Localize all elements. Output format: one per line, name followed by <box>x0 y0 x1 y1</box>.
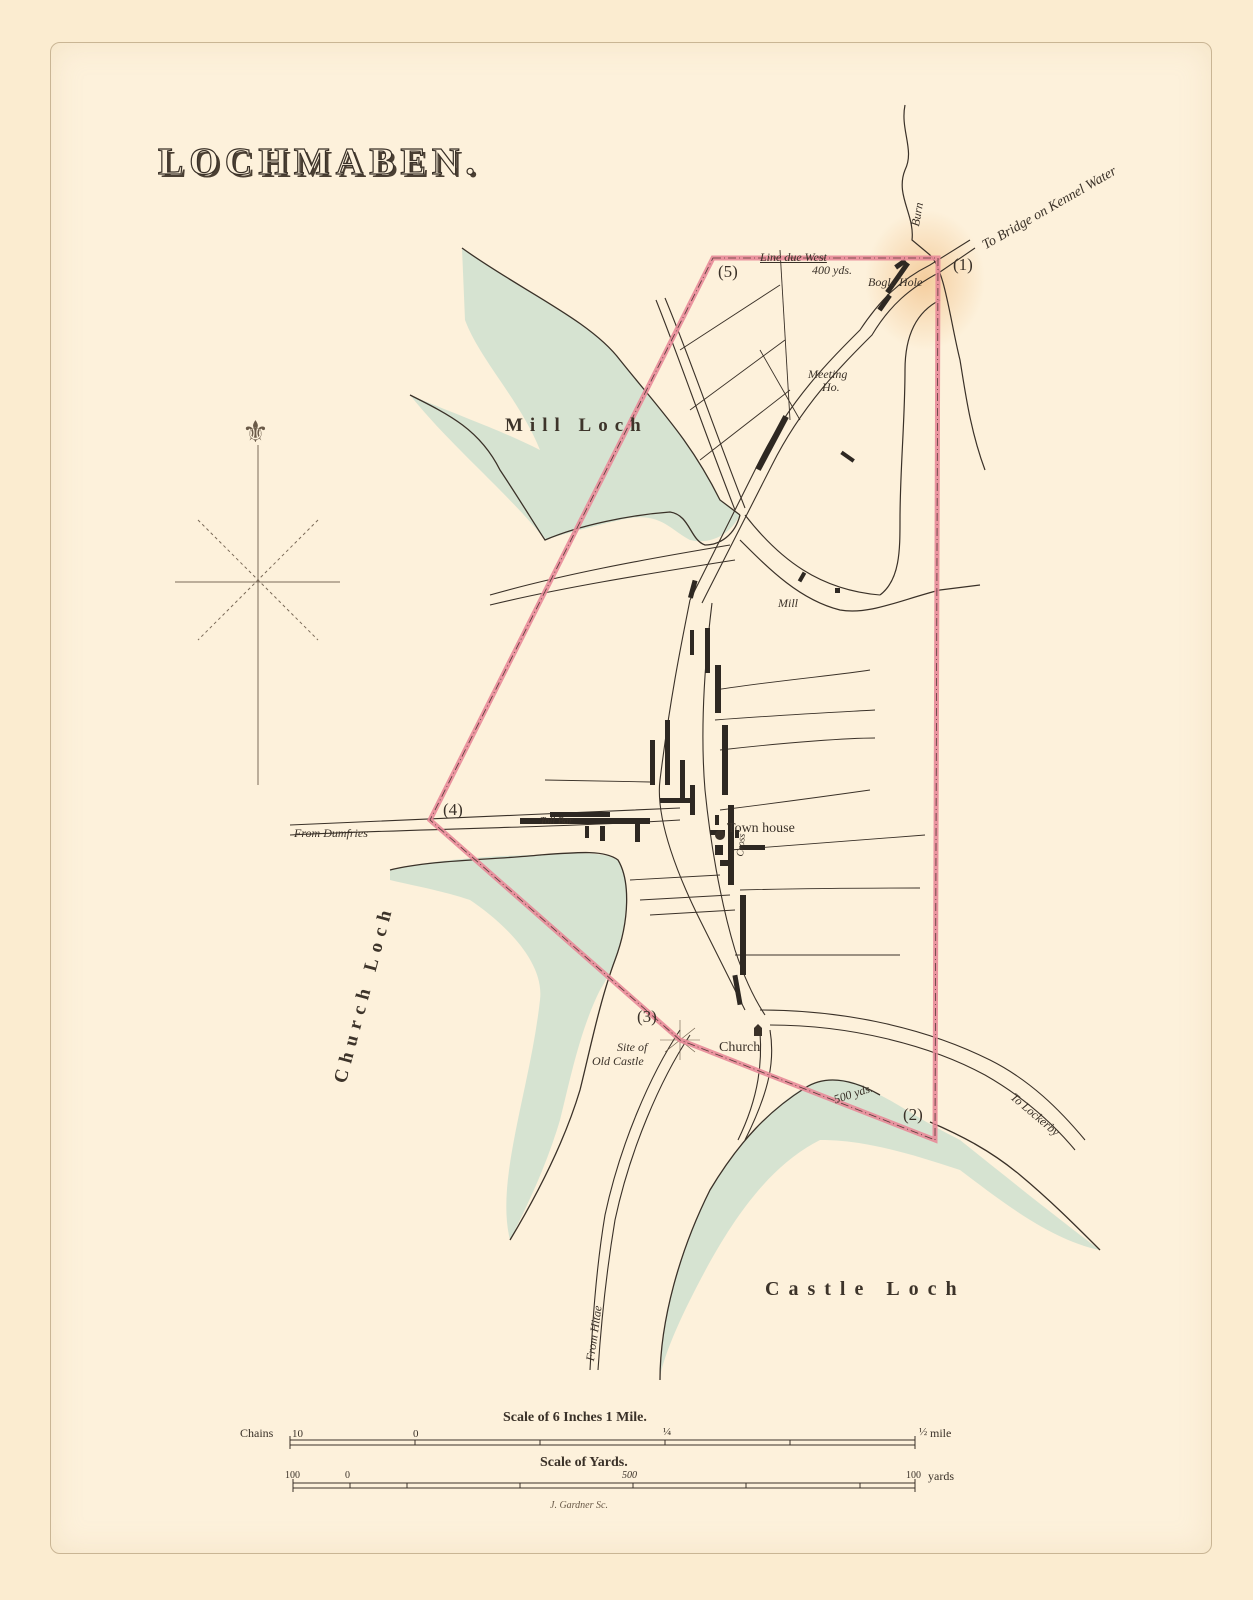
map-title: LOCHMABEN. <box>158 140 481 184</box>
bogle-hole-label: Bogle Hole <box>868 275 922 290</box>
mill-loch-label: Mill Loch <box>505 415 648 437</box>
boundary-point-4: (4) <box>443 800 463 820</box>
mill-stream <box>740 540 980 611</box>
yards-scale-tick-100-left: 100 <box>285 1470 300 1481</box>
from-dumfries-road-label: From Dumfries <box>294 826 368 841</box>
yards-scale-right-label: yards <box>928 1469 954 1484</box>
boundary-point-1: (1) <box>953 255 973 275</box>
distance-400-label: 400 yds. <box>812 263 852 278</box>
mill-label: Mill <box>778 596 798 611</box>
boundary-point-3: (3) <box>637 1007 657 1027</box>
burgh-boundary <box>430 258 938 1140</box>
castle-loch-label: Castle Loch <box>765 1278 966 1301</box>
toll-bar-label: Toll Bar <box>540 816 573 827</box>
mill-loch-water <box>410 248 740 541</box>
scale-bar-yards <box>293 1479 915 1492</box>
cross-label: Cross <box>735 833 748 857</box>
old-castle-label: Old Castle <box>592 1054 644 1069</box>
yards-scale-tick-100-right: 100 <box>906 1470 921 1481</box>
boundary-point-5: (5) <box>718 262 738 282</box>
map-canvas <box>0 0 1253 1600</box>
site-of-label: Site of <box>617 1040 647 1055</box>
church-label: Church <box>719 1040 760 1056</box>
engraver-credit: J. Gardner Sc. <box>550 1500 608 1511</box>
yards-scale-title: Scale of Yards. <box>540 1455 628 1471</box>
compass <box>175 445 340 785</box>
meeting-house-label-2: Ho. <box>822 380 840 395</box>
scale-bar-miles <box>290 1436 915 1449</box>
miles-scale-tick-quarter: ¼ <box>663 1426 671 1438</box>
yards-scale-tick-0: 0 <box>345 1470 350 1481</box>
burgh-boundary-dashdot <box>430 258 938 1140</box>
miles-scale-tick-half: ½ <box>919 1426 927 1438</box>
miles-scale-right-label: mile <box>930 1426 951 1441</box>
miles-scale-tick-0: 0 <box>413 1428 419 1440</box>
miles-scale-left-label: Chains <box>240 1426 273 1441</box>
town-house-marker <box>715 830 725 840</box>
miles-scale-title: Scale of 6 Inches 1 Mile. <box>503 1410 647 1426</box>
church-marker <box>754 1024 762 1036</box>
roads <box>290 240 1085 1370</box>
boundary-point-2: (2) <box>903 1105 923 1125</box>
yards-scale-tick-500: 500 <box>622 1470 637 1481</box>
miles-scale-tick-10: 10 <box>292 1428 303 1440</box>
fleur-de-lis-north-icon: ⚜ <box>242 415 269 450</box>
